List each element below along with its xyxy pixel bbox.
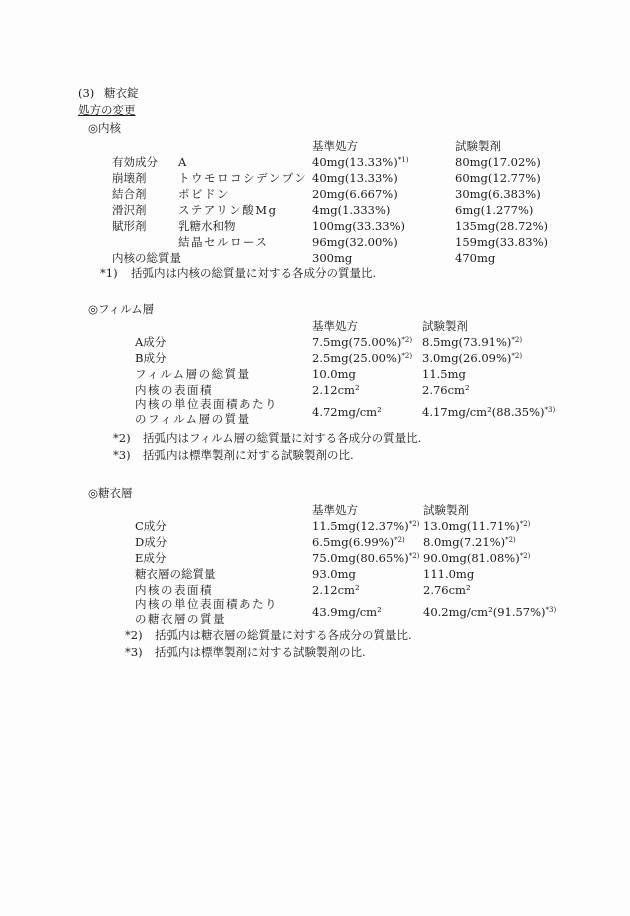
per-area-standard: 4.72mg/cm²: [312, 405, 382, 419]
row-test: 2.76cm²: [423, 583, 471, 597]
row-standard: 7.5mg(75.00%)*2): [312, 335, 412, 349]
row-ingredient: トウモロコシデンプン: [178, 171, 307, 185]
footnote-text: 括弧内は糖衣層の総質量に対する各成分の質量比.: [155, 628, 412, 642]
footnote-text: 括弧内は標準製剤に対する試験製剤の比.: [143, 448, 354, 462]
footnote-text: 括弧内は内核の総質量に対する各成分の質量比.: [131, 266, 376, 280]
per-area-label-line1: 内核の単位表面積あたり: [135, 597, 278, 611]
film-title: ◎フィルム層: [88, 302, 154, 316]
per-area-label-line2: の糖衣層の質量: [135, 612, 226, 626]
row-standard: 20mg(6.667%): [312, 187, 398, 201]
per-area-label-line1: 内核の単位表面積あたり: [135, 397, 278, 411]
row-standard: 2.5mg(25.00%)*2): [312, 351, 412, 365]
row-label: C成分: [135, 519, 167, 533]
film-col-test: 試験製剤: [422, 319, 468, 333]
core-col-standard: 基準処方: [312, 139, 358, 153]
row-test: 13.0mg(11.71%)*2): [423, 519, 530, 533]
row-label: D成分: [135, 535, 167, 549]
row-ingredient: A: [178, 155, 186, 169]
per-area-label-line2: のフィルム層の質量: [135, 412, 251, 426]
row-test: 3.0mg(26.09%)*2): [422, 351, 522, 365]
core-title: ◎内核: [88, 121, 121, 135]
footnote-mark: *2): [113, 431, 131, 445]
row-label: A成分: [135, 335, 166, 349]
row-ingredient: 結晶セルロース: [178, 235, 268, 249]
sugar-col-standard: 基準処方: [312, 503, 358, 517]
row-ingredient: ポビドン: [178, 187, 230, 201]
row-category: 滑沢剤: [112, 203, 147, 217]
row-ingredient: 乳糖水和物: [178, 219, 236, 233]
sugar-col-test: 試験製剤: [423, 503, 469, 517]
row-test: 6mg(1.277%): [455, 203, 533, 217]
row-test: 8.0mg(7.21%)*2): [423, 535, 516, 549]
footnote-text: 括弧内はフィルム層の総質量に対する各成分の質量比.: [143, 431, 421, 445]
per-area-test: 40.2mg/cm²(91.57%)*3): [423, 605, 556, 619]
section-title: 糖衣錠: [104, 86, 139, 100]
total-label: 内核の総質量: [112, 251, 181, 265]
row-label: 糖衣層の総質量: [135, 567, 216, 581]
film-col-standard: 基準処方: [312, 319, 358, 333]
subheading: 処方の変更: [78, 103, 136, 117]
core-col-test: 試験製剤: [455, 139, 501, 153]
footnote-text: 括弧内は標準製剤に対する試験製剤の比.: [155, 645, 366, 659]
total-test: 470mg: [455, 251, 495, 265]
row-standard: 75.0mg(80.65%)*2): [312, 551, 419, 565]
row-test: 159mg(33.83%): [455, 235, 548, 249]
row-standard: 10.0mg: [312, 367, 356, 381]
row-category: 結合剤: [112, 187, 147, 201]
footnote-mark: *3): [125, 645, 143, 659]
row-standard: 100mg(33.33%): [312, 219, 405, 233]
row-standard: 93.0mg: [312, 567, 356, 581]
row-test: 30mg(6.383%): [455, 187, 541, 201]
row-standard: 2.12cm²: [312, 583, 360, 597]
row-category: 賦形剤: [112, 219, 147, 233]
row-test: 135mg(28.72%): [455, 219, 548, 233]
row-test: 8.5mg(73.91%)*2): [422, 335, 522, 349]
footnote-mark: *2): [125, 628, 143, 642]
row-test: 11.5mg: [422, 367, 466, 381]
row-standard: 96mg(32.00%): [312, 235, 398, 249]
row-standard: 40mg(13.33%): [312, 171, 398, 185]
row-standard: 11.5mg(12.37%)*2): [312, 519, 419, 533]
row-ingredient: ステアリン酸Mg: [178, 203, 277, 217]
total-standard: 300mg: [312, 251, 352, 265]
footnote-mark: *1): [100, 266, 118, 280]
row-standard: 2.12cm²: [312, 383, 360, 397]
row-label: B成分: [135, 351, 166, 365]
row-test: 111.0mg: [423, 567, 474, 581]
row-test: 90.0mg(81.08%)*2): [423, 551, 530, 565]
section-number: (3): [78, 86, 94, 100]
sugar-title: ◎糖衣層: [88, 486, 133, 500]
row-category: 崩壊剤: [112, 171, 147, 185]
row-label: 内核の表面積: [135, 583, 213, 597]
row-standard: 6.5mg(6.99%)*2): [312, 535, 405, 549]
row-standard: 4mg(1.333%): [312, 203, 390, 217]
per-area-test: 4.17mg/cm²(88.35%)*3): [422, 405, 555, 419]
per-area-standard: 43.9mg/cm²: [312, 605, 382, 619]
row-category: 有効成分: [112, 155, 158, 169]
row-test: 2.76cm²: [422, 383, 470, 397]
row-label: フィルム層の総質量: [135, 367, 251, 381]
row-standard: 40mg(13.33%)*1): [312, 155, 408, 169]
row-test: 80mg(17.02%): [455, 155, 541, 169]
row-label: 内核の表面積: [135, 383, 213, 397]
row-test: 60mg(12.77%): [455, 171, 541, 185]
row-label: E成分: [135, 551, 166, 565]
footnote-mark: *3): [113, 448, 131, 462]
